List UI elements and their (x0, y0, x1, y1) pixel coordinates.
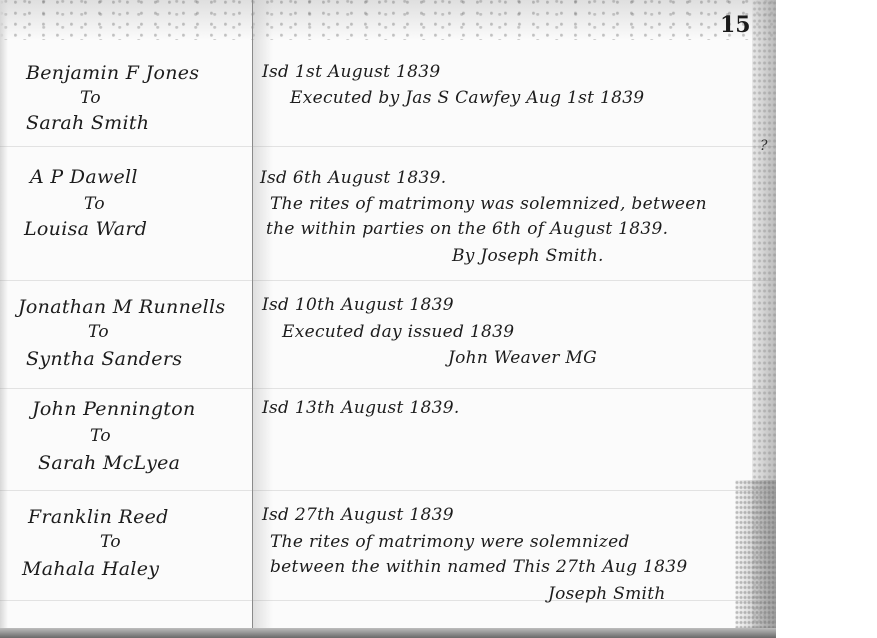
ruled-line (0, 146, 776, 147)
stray-mark: ? (760, 138, 768, 154)
entry-note: Executed by Jas S Cawfey Aug 1st 1839 (290, 88, 644, 108)
entry-note: The rites of matrimony was solemnized, b… (270, 194, 707, 214)
scan-noise-top (0, 0, 776, 40)
issued-date: Isd 6th August 1839. (260, 168, 446, 188)
entry-note: between the within named This 27th Aug 1… (270, 557, 688, 577)
ruled-line (0, 490, 776, 491)
register-page: 15 ? Benjamin F Jones To Sarah Smith Isd… (0, 0, 776, 632)
groom-name: A P Dawell (30, 166, 138, 188)
bride-name: Mahala Haley (22, 558, 159, 580)
entry-note: the within parties on the 6th of August … (266, 219, 668, 239)
ruled-line (0, 388, 776, 389)
scan-noise-right-bottom (735, 480, 776, 630)
connector-to: To (84, 194, 105, 214)
issued-date: Isd 13th August 1839. (262, 398, 460, 418)
groom-name: Franklin Reed (28, 506, 169, 528)
page-number: 15 (720, 12, 751, 38)
bride-name: Sarah Smith (26, 112, 149, 134)
issued-date: Isd 27th August 1839 (262, 505, 454, 525)
issued-date: Isd 1st August 1839 (262, 62, 440, 82)
officiant-signature: John Weaver MG (448, 348, 597, 368)
bride-name: Louisa Ward (24, 218, 147, 240)
scan-bottom-edge (0, 628, 776, 638)
connector-to: To (88, 322, 109, 342)
bride-name: Syntha Sanders (26, 348, 182, 370)
connector-to: To (80, 88, 101, 108)
ruled-line (0, 280, 776, 281)
entry-note: Executed day issued 1839 (282, 322, 514, 342)
entry-note: The rites of matrimony were solemnized (270, 532, 630, 552)
groom-name: Benjamin F Jones (26, 62, 199, 84)
officiant-signature: Joseph Smith (548, 584, 666, 604)
bride-name: Sarah McLyea (38, 452, 180, 474)
issued-date: Isd 10th August 1839 (262, 295, 454, 315)
groom-name: John Pennington (32, 398, 196, 420)
connector-to: To (90, 426, 111, 446)
groom-name: Jonathan M Runnells (18, 296, 225, 318)
page-left-edge (0, 0, 8, 632)
connector-to: To (100, 532, 121, 552)
officiant-signature: By Joseph Smith. (452, 246, 604, 266)
